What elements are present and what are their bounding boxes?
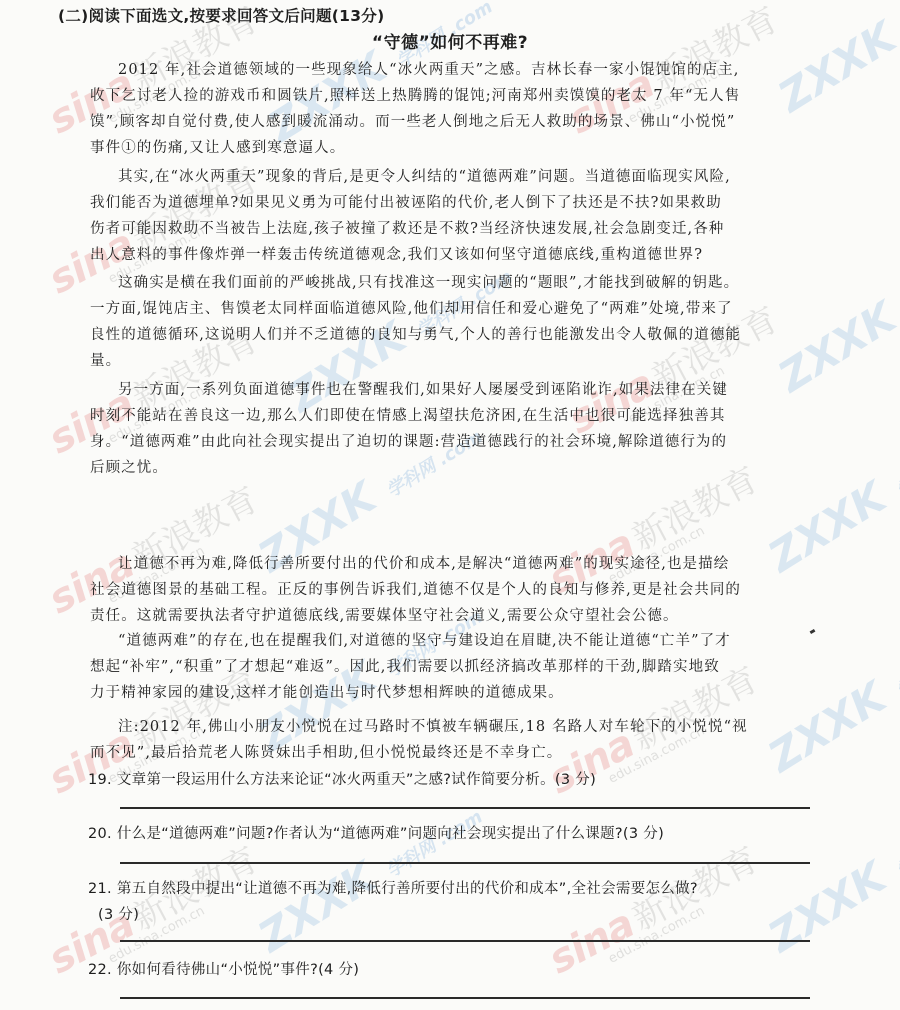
- answer-line-21[interactable]: [120, 940, 810, 942]
- paragraph-line: 其实,在“冰火两重天”现象的背后,是更令人纠结的“道德两难”问题。当道德面临现实…: [118, 165, 731, 186]
- paragraph-line: 馍”,顾客却自觉付费,使人感到暖流涌动。而一些老人倒地之后无人救助的场景、佛山“…: [90, 110, 735, 131]
- stray-ink-mark: [810, 629, 816, 634]
- exam-page: sina新浪教育 edu.sina.com.cn sina新浪教育 edu.si…: [0, 0, 900, 1010]
- footnote-line: 而不见”,最后拾荒老人陈贤妹出手相助,但小悦悦最终还是不幸身亡。: [90, 741, 562, 762]
- document-content: (二)阅读下面选文,按要求回答文后问题(13分) “守德”如何不再难? 2012…: [0, 0, 900, 1010]
- article-title: “守德”如何不再难?: [0, 28, 900, 53]
- question-19: 19. 文章第一段运用什么方法来论证“冰火两重天”之感?试作简要分析。(3 分): [88, 768, 596, 789]
- paragraph-line: 让道德不再为难,降低行善所要付出的代价和成本,是解决“道德两难”的现实途径,也是…: [118, 552, 729, 573]
- answer-line-20[interactable]: [120, 862, 810, 864]
- paragraph-line: 2012 年,社会道德领域的一些现象给人“冰火两重天”之感。吉林长春一家小馄饨馆…: [118, 58, 739, 79]
- paragraph-line: 力于精神家园的建设,这样才能创造出与时代梦想相辉映的道德成果。: [90, 681, 564, 702]
- paragraph-line: 时刻不能站在善良这一边,那么人们即使在情感上渴望扶危济困,在生活中也很可能选择独…: [90, 404, 725, 425]
- paragraph-line: 另一方面,一系列负面道德事件也在警醒我们,如果好人屡屡受到诬陷讹诈,如果法律在关…: [118, 378, 728, 399]
- paragraph-line: 后顾之忧。: [90, 456, 168, 477]
- paragraph-line: 良性的道德循环,这说明人们并不乏道德的良知与勇气,个人的善行也能激发出令人敬佩的…: [90, 323, 741, 344]
- answer-line-19[interactable]: [120, 807, 810, 809]
- question-20: 20. 什么是“道德两难”问题?作者认为“道德两难”问题向社会现实提出了什么课题…: [88, 822, 664, 843]
- paragraph-line: “道德两难”的存在,也在提醒我们,对道德的坚守与建设迫在眉睫,决不能让道德“亡羊…: [118, 629, 731, 650]
- footnote-line: 注:2012 年,佛山小朋友小悦悦在过马路时不慎被车辆碾压,18 名路人对车轮下…: [118, 715, 748, 736]
- paragraph-line: 身。“道德两难”由此向社会现实提出了迫切的课题:营造道德践行的社会环境,解除道德…: [90, 430, 727, 451]
- paragraph-line: 责任。这就需要执法者守护道德底线,需要媒体坚守社会道义,需要公众守望社会公德。: [90, 604, 679, 625]
- paragraph-line: 一方面,馄饨店主、售馍老太同样面临道德风险,他们却用信任和爱心避免了“两难”处境…: [90, 297, 733, 318]
- paragraph-line: 量。: [90, 349, 121, 370]
- question-22: 22. 你如何看待佛山“小悦悦”事件?(4 分): [88, 958, 359, 979]
- section-heading: (二)阅读下面选文,按要求回答文后问题(13分): [58, 4, 385, 26]
- paragraph-line: 出人意料的事件像炸弹一样轰击传统道德观念,我们又该如何坚守道德底线,重构道德世界…: [90, 243, 703, 264]
- paragraph-line: 想起“补牢”,“积重”了才想起“难返”。因此,我们需要以抓经济搞改革那样的干劲,…: [90, 655, 720, 676]
- question-21: 21. 第五自然段中提出“让道德不再为难,降低行善所要付出的代价和成本”,全社会…: [88, 877, 698, 898]
- answer-line-22[interactable]: [120, 997, 810, 999]
- paragraph-line: 事件①的伤痛,又让人感到寒意逼人。: [90, 136, 345, 157]
- paragraph-line: 伤者可能因救助不当被告上法庭,孩子被撞了救还是不救?当经济快速发展,社会急剧变迁…: [90, 217, 724, 238]
- paragraph-line: 收下乞讨老人捡的游戏币和圆铁片,照样送上热腾腾的馄饨;河南郑州卖馍馍的老太 7 …: [90, 84, 740, 105]
- paragraph-line: 社会道德图景的基础工程。正反的事例告诉我们,道德不仅是个人的良知与修养,更是社会…: [90, 578, 741, 599]
- paragraph-line: 我们能否为道德埋单?如果见义勇为可能付出被诬陷的代价,老人倒下了扶还是不扶?如果…: [90, 191, 722, 212]
- question-21-score: (3 分): [98, 903, 139, 924]
- paragraph-line: 这确实是横在我们面前的严峻挑战,只有找准这一现实问题的“题眼”,才能找到破解的钥…: [118, 271, 739, 292]
